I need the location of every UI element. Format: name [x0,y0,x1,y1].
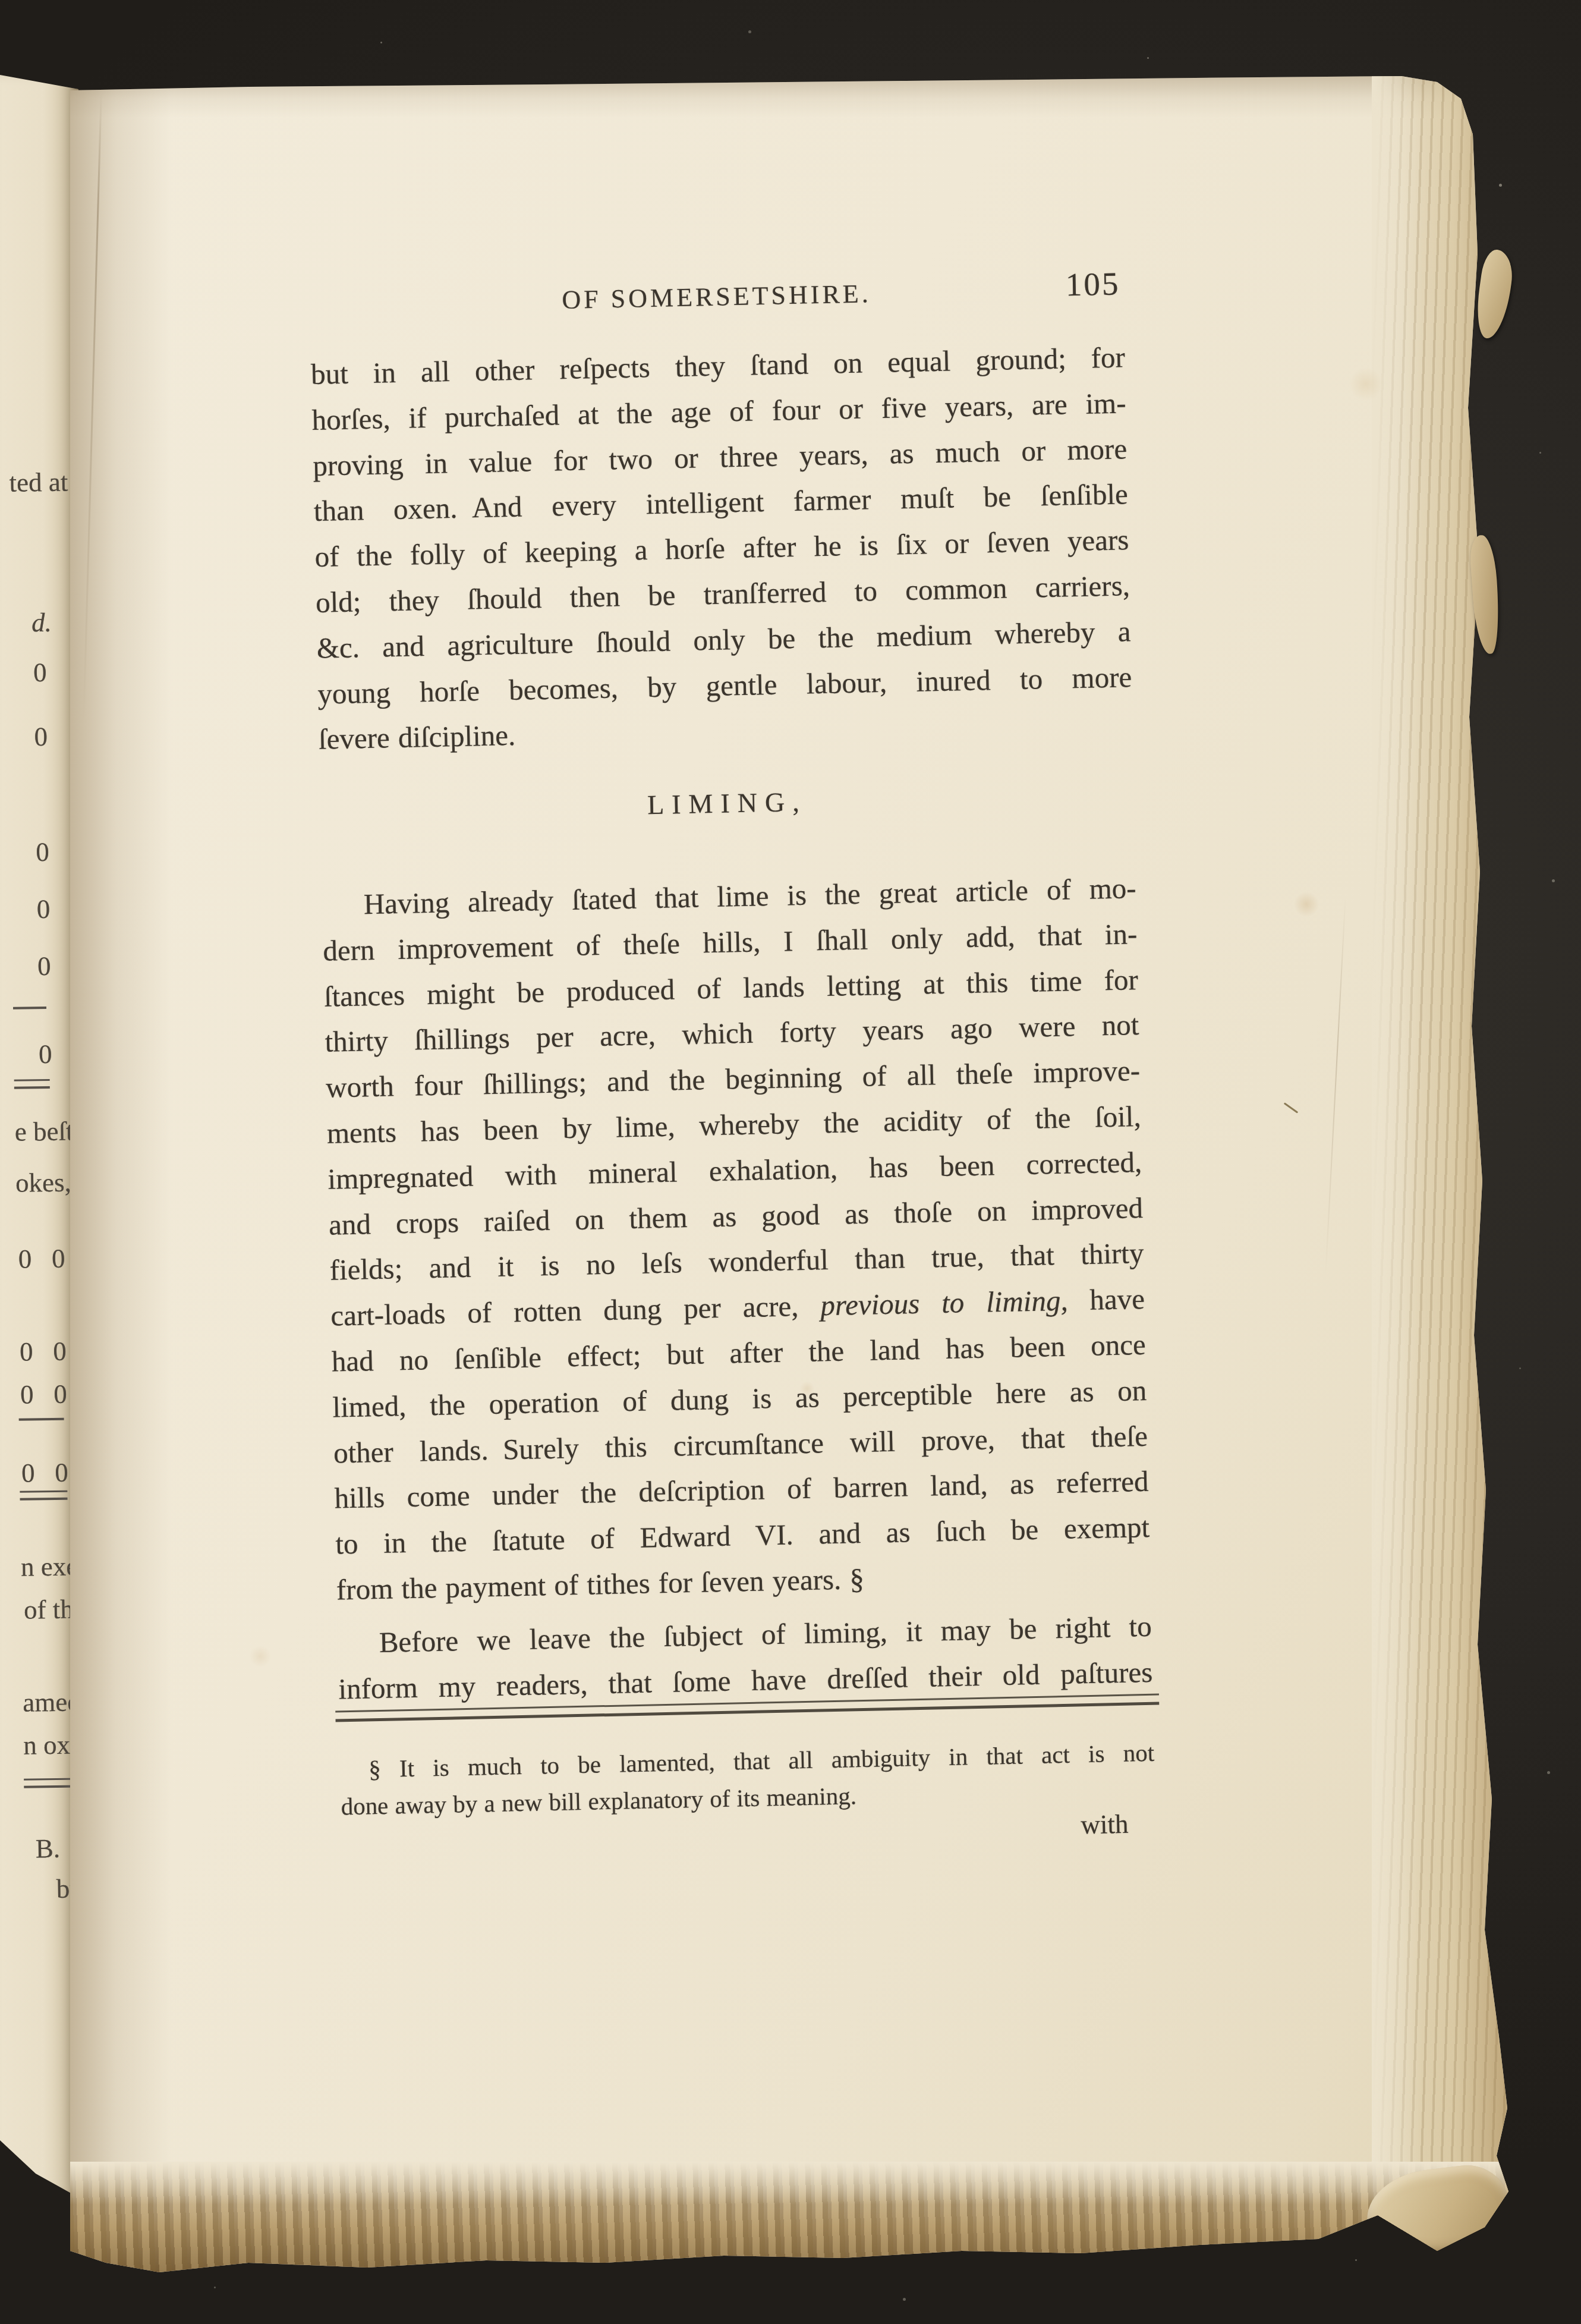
page-number: 105 [1065,267,1120,301]
adjacent-page-fragment: 0 0 [18,1243,65,1275]
book-page: OF SOMERSETSHIRE. 105 but in all other r… [70,75,1520,2275]
adjacent-page-fragment: 0 0 [20,1379,67,1410]
adjacent-page-fragment [19,1418,64,1421]
body-paragraph-1: but in all other reſpects they ſtand on … [310,335,1133,763]
previous-page-edge: ted atd.000000e beſtokes,0 00 00 00 0n e… [0,71,78,2200]
body-paragraph-2: Having already ſtated that lime is the g… [322,866,1151,1613]
adjacent-page-fragment: 0 [36,836,49,867]
adjacent-page-fragment: B. [35,1833,60,1864]
adjacent-page-fragment: ted at [9,466,68,498]
section-heading: LIMING, [320,777,1135,830]
adjacent-page-fragment: e beſt [15,1115,74,1147]
photo-backdrop: ted atd.000000e beſtokes,0 00 00 00 0n e… [0,0,1581,2324]
adjacent-page-fragment: 0 [39,1039,52,1070]
adjacent-page-fragment: 0 [36,894,50,924]
adjacent-page-fragment: 0 0 [21,1457,68,1489]
adjacent-page-fragment: 0 [33,657,47,688]
adjacent-page-fragment [20,1490,67,1501]
adjacent-page-fragment [13,1007,46,1010]
torn-flap [1473,248,1516,341]
adjacent-page-fragment: 0 [37,951,51,982]
dust-specks [0,0,2,2]
text-block: OF SOMERSETSHIRE. 105 but in all other r… [309,268,1158,1926]
adjacent-page-fragment [14,1079,50,1089]
adjacent-page-fragment: okes, [15,1167,71,1199]
adjacent-page-fragment: 0 0 [20,1336,67,1367]
adjacent-page-fragment: d. [32,607,52,638]
adjacent-page-fragment: 0 [34,721,48,752]
